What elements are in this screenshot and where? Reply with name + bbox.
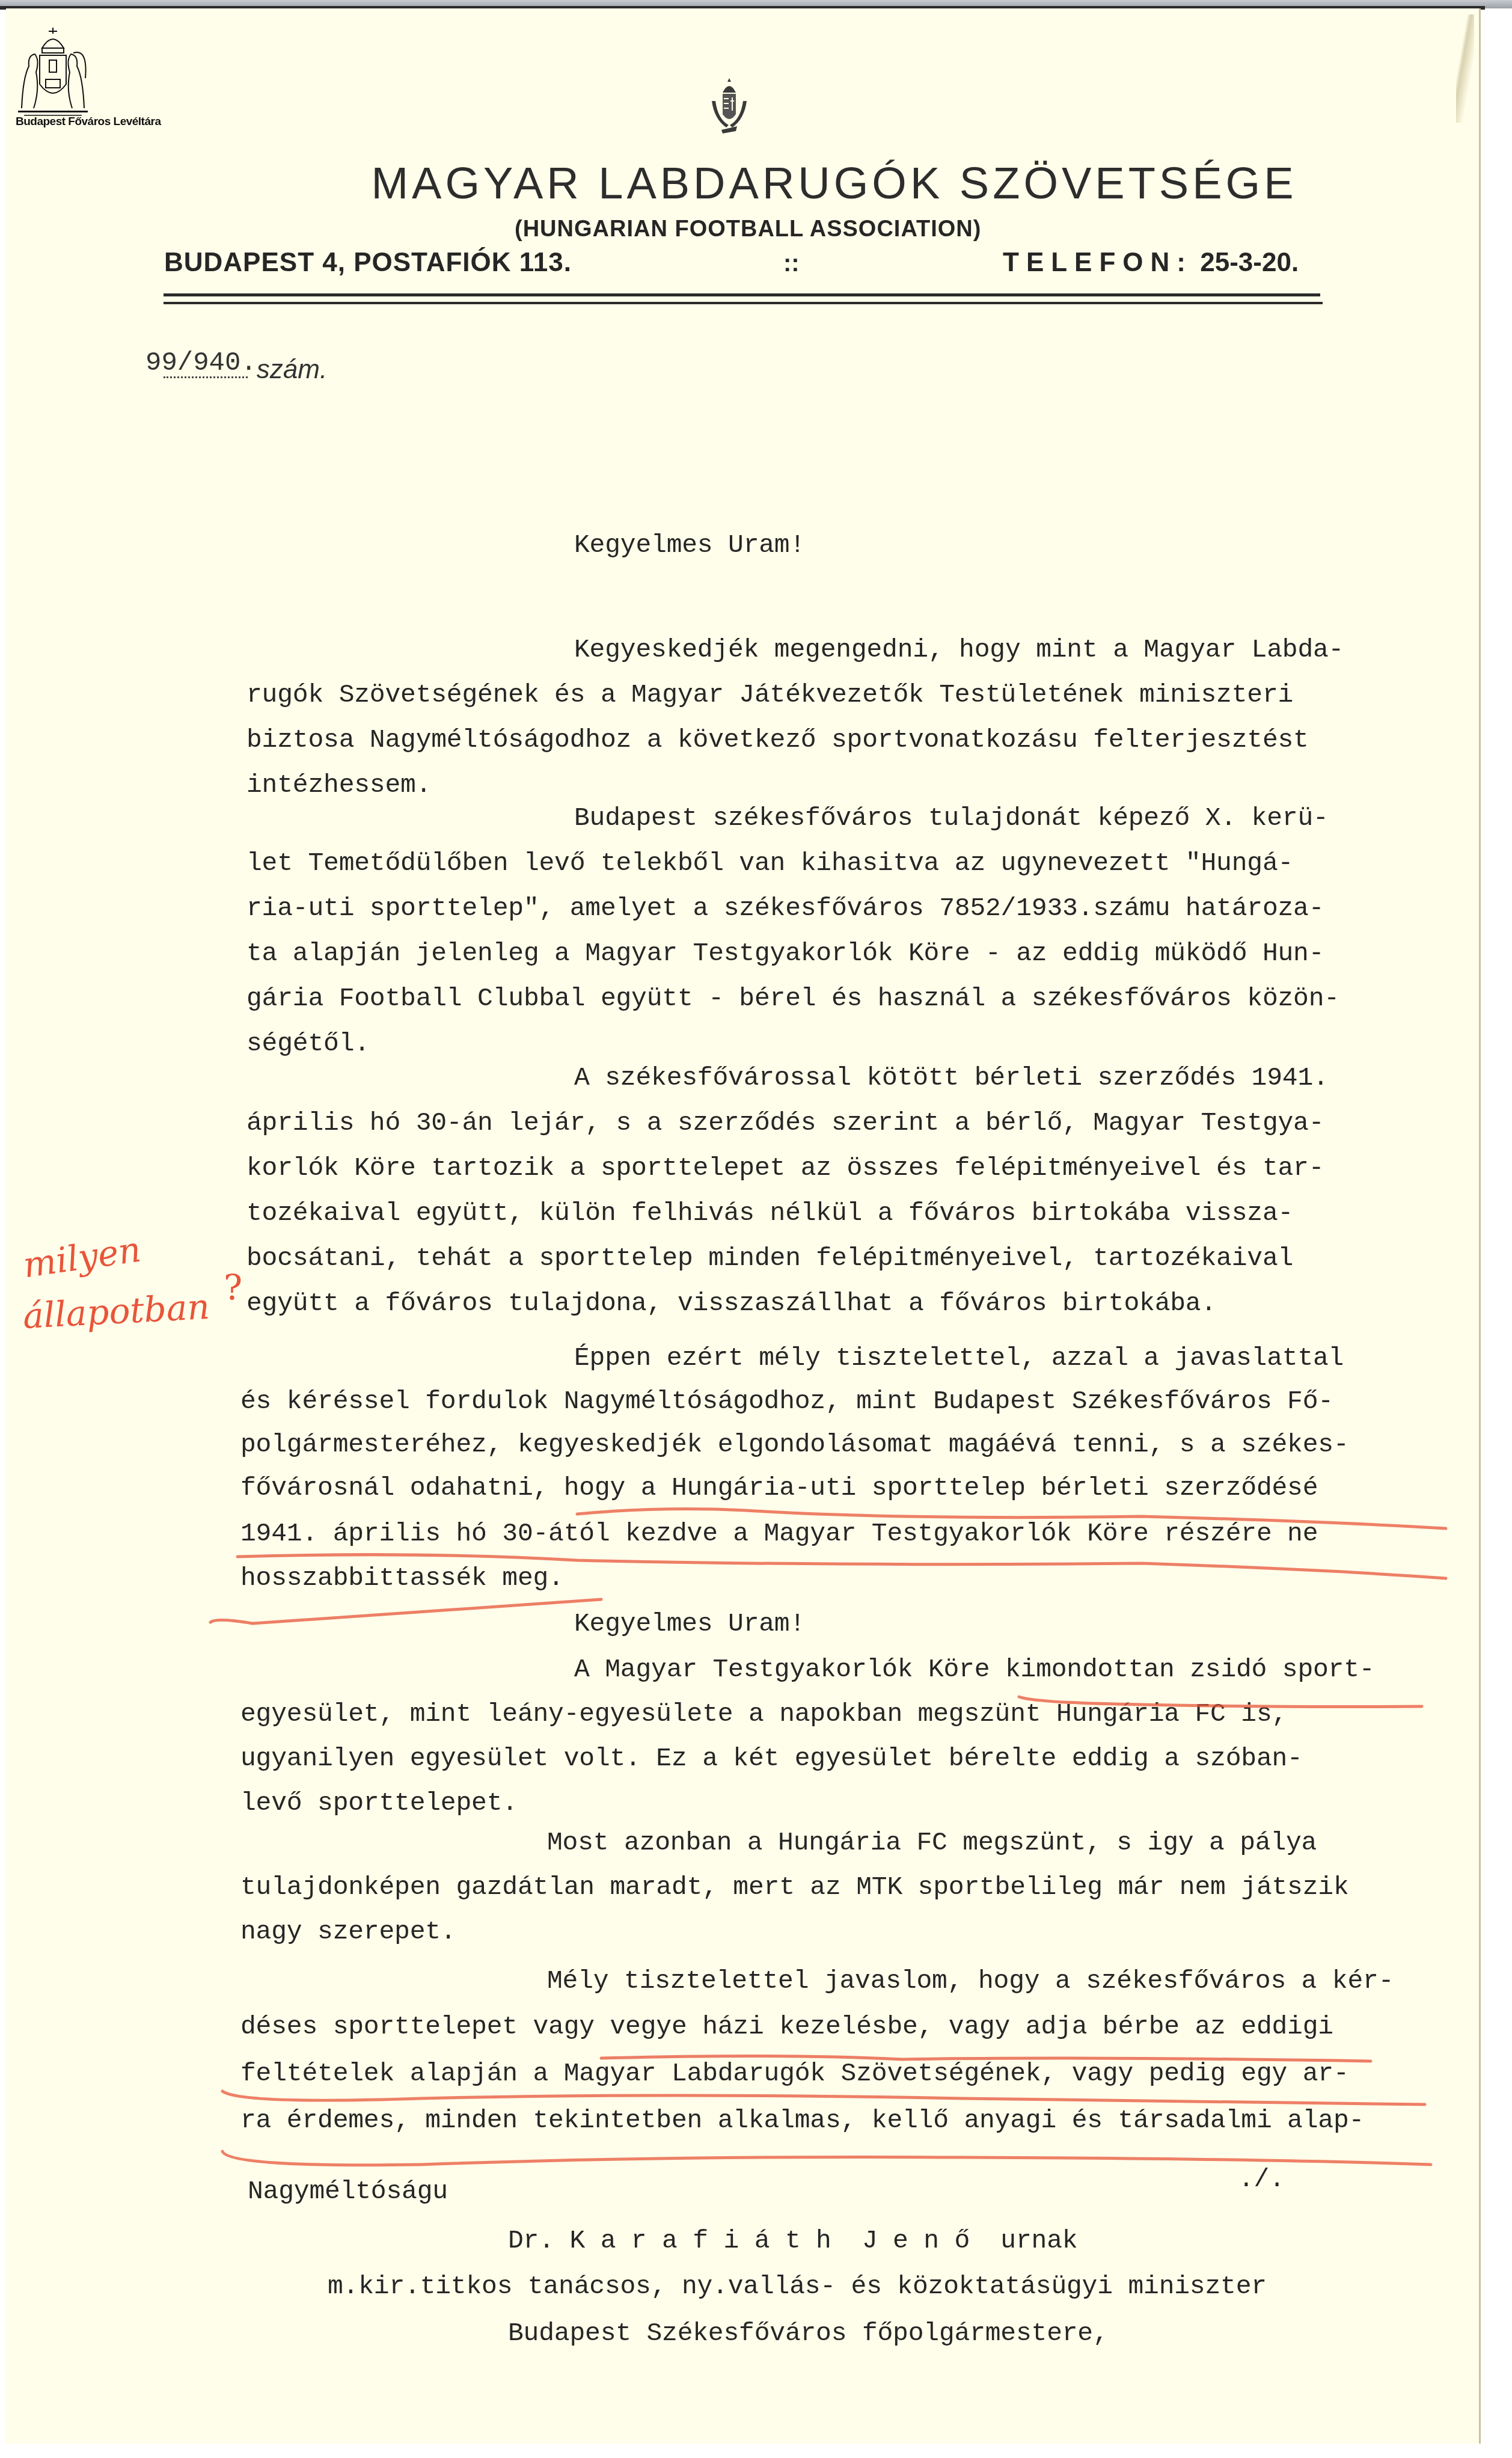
red-pencil-underlines: [0, 0, 1512, 2458]
